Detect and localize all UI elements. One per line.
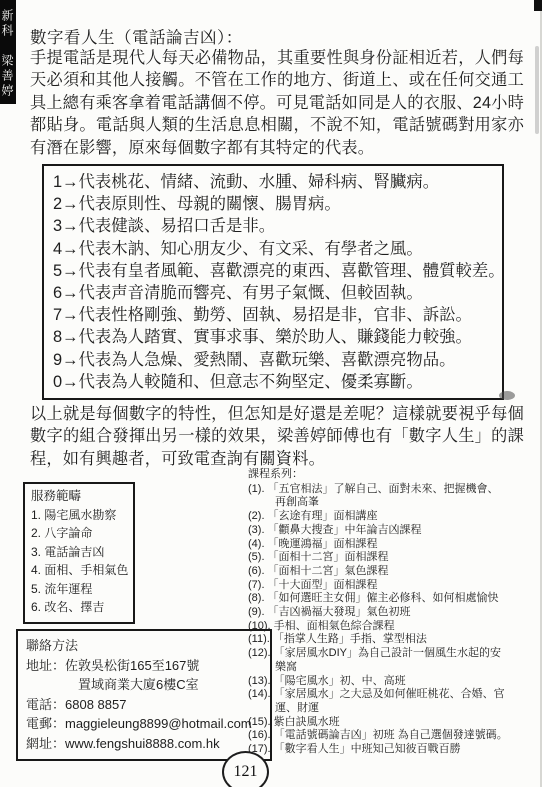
service-item: 1. 陽宅風水勘察	[31, 506, 129, 525]
services-title: 服務範疇	[31, 487, 129, 506]
course-item: (9). 「吉凶禍福大發現」氣色初班	[248, 606, 540, 620]
digit-meaning-4: 4→代表木訥、知心朋友少、有文采、有學者之風。	[53, 238, 498, 260]
service-item: 6. 改名、擇吉	[31, 598, 129, 617]
scan-streak-artifact	[535, 46, 539, 134]
side-tab-label: 新科 梁善婷	[0, 0, 16, 104]
contact-box: 聯絡方法 地址：佐敦吳松街165至167號 置域商業大廈6樓C室 電話：6808…	[16, 629, 272, 761]
digit-meaning-6: 6→代表声音清脆而響亮、有男子氣慨、但較固執。	[53, 282, 498, 304]
intro-paragraph: 手提電話是現代人每天必備物品，其重要性與身份証相近若，人們每天必須和其他人接觸。…	[30, 47, 524, 159]
digit-meanings-box: 1→代表桃花、情緒、流動、水腫、婦科病、腎臟病。 2→代表原則性、母親的關懷、腸…	[42, 164, 504, 400]
digit-meaning-3: 3→代表健談、易招口舌是非。	[53, 215, 498, 237]
digit-meaning-8: 8→代表為人踏實、實事求事、樂於助人、賺錢能力較強。	[53, 326, 498, 348]
course-item: (15). 紫白訣風水班	[248, 716, 540, 730]
service-item: 5. 流年運程	[31, 580, 129, 599]
course-item: (3). 「顴鼻大搜查」中年論吉凶課程	[248, 524, 540, 538]
service-item: 2. 八字論命	[31, 524, 129, 543]
course-item: (16). 「電話號碼論吉凶」初班 為自己選個發達號碼。	[248, 729, 540, 743]
contact-phone: 電話：6808 8857	[26, 695, 264, 715]
course-item: (13). 「陽宅風水」初、中、高班	[248, 675, 540, 689]
digit-meaning-7: 7→代表性格剛強、勤勞、固執、易招是非，官非、訴訟。	[53, 304, 498, 326]
outro-paragraph: 以上就是每個數字的特性，但怎知是好還是差呢？這樣就要視乎每個數字的組合發揮出另一…	[30, 403, 524, 470]
course-item: (11). 「指掌人生路」手指、掌型相法	[248, 633, 540, 647]
course-item: (4). 「晚運鴻福」面相課程	[248, 538, 540, 552]
digit-meaning-2: 2→代表原則性、母親的關懷、腸胃病。	[53, 193, 498, 215]
services-box: 服務範疇 1. 陽宅風水勘察 2. 八字論命 3. 電話論吉凶 4. 面相、手相…	[23, 482, 135, 624]
course-item: (7). 「十大面型」面相課程	[248, 579, 540, 593]
course-item: (14). 「家居風水」之大忌及如何催旺桃花、合婚、官 運、財運	[248, 688, 540, 715]
scanned-book-page: 新科 梁善婷 數字看人生（電話論吉凶）： 手提電話是現代人每天必備物品，其重要性…	[0, 0, 542, 787]
course-item: (8). 「如何選旺主女佣」僱主必修科、如何相處愉快	[248, 592, 540, 606]
course-list-title: 課程系列：	[248, 468, 540, 482]
digit-meaning-1: 1→代表桃花、情緒、流動、水腫、婦科病、腎臟病。	[53, 171, 498, 193]
contact-address-line2: 置域商業大廈6樓C室	[26, 675, 264, 695]
digit-meaning-0: 0→代表為人較隨和、但意志不夠堅定、優柔寡斷。	[53, 371, 498, 393]
course-item: (10). 手相、面相氣色綜合課程	[248, 620, 540, 634]
course-item: (17). 「數字看人生」中班知己知彼百戰百勝	[248, 743, 540, 757]
contact-email: 電郵：maggieleung8899@hotmail.com	[26, 714, 264, 734]
service-item: 3. 電話論吉凶	[31, 543, 129, 562]
contact-address-line1: 地址：佐敦吳松街165至167號	[26, 656, 264, 676]
contact-website: 網址：www.fengshui8888.com.hk	[26, 734, 264, 754]
course-item: (5). 「面相十二宮」面相課程	[248, 551, 540, 565]
contact-title: 聯絡方法	[26, 636, 264, 656]
course-item: (6). 「面相十二宮」氣色課程	[248, 565, 540, 579]
scan-corner-artifact	[534, 0, 542, 11]
article-title: 數字看人生（電話論吉凶）：	[30, 24, 243, 48]
course-list: 課程系列： (1). 「五官相法」了解自己、面對未來、把握機會、 再創高峯 (2…	[248, 468, 540, 757]
scan-smudge-artifact	[499, 391, 515, 400]
digit-meaning-5: 5→代表有皇者風範、喜歡漂亮的東西、喜歡管理、體質較差。	[53, 260, 498, 282]
page-number-badge: 121	[222, 751, 269, 787]
course-item: (12). 「家居風水DIY」為自己設計一個風生水起的安 樂窩	[248, 647, 540, 674]
service-item: 4. 面相、手相氣色	[31, 561, 129, 580]
course-item: (1). 「五官相法」了解自己、面對未來、把握機會、 再創高峯	[248, 483, 540, 510]
course-item: (2). 「玄途有理」面相講座	[248, 510, 540, 524]
digit-meaning-9: 9→代表為人急燥、愛熱鬧、喜歡玩樂、喜歡漂亮物品。	[53, 349, 498, 371]
